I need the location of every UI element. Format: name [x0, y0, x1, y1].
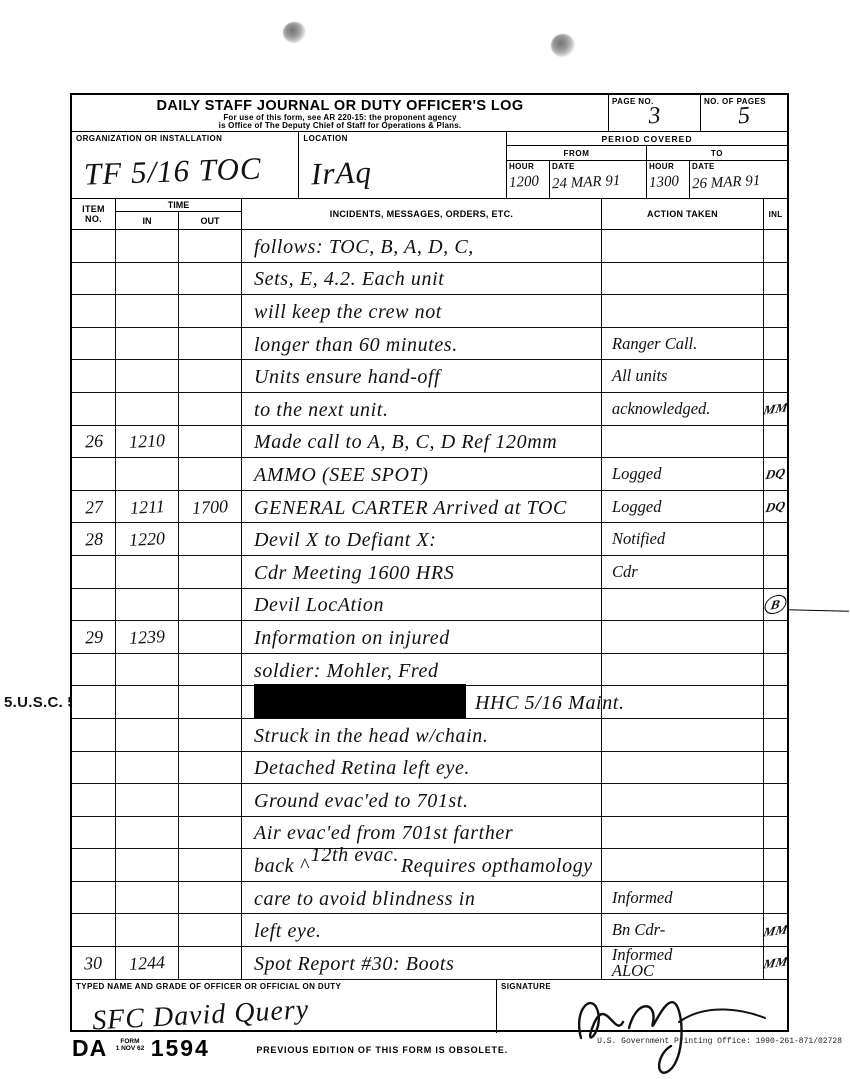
cell-time-out [179, 654, 242, 686]
handwritten-text: Cdr Meeting 1600 HRS [254, 563, 454, 583]
cell-action-taken: Bn Cdr- [602, 914, 764, 946]
period-values-row: HOUR 1200 DATE 24 MAR 91 HOUR 1300 DATE … [507, 161, 787, 198]
cell-item-no [72, 360, 116, 392]
handwritten-text: Requires opthamology [401, 856, 593, 876]
handwritten-text: 1700 [192, 497, 229, 517]
cell-time-in [116, 817, 179, 849]
no-of-pages-value: 5 [703, 101, 784, 131]
cell-initials [764, 654, 787, 686]
cell-time-in [116, 686, 179, 718]
cell-time-out [179, 263, 242, 295]
log-row: back ^12th evac. Requires opthamology [72, 849, 787, 882]
cell-initials [764, 360, 787, 392]
location-field: LOCATION IrAq [299, 132, 507, 198]
cell-initials [764, 784, 787, 816]
cell-initials: DQ [764, 491, 787, 523]
cell-action-taken: Informed [602, 882, 764, 914]
inserted-annotation: 12th evac. [311, 845, 399, 865]
cell-time-in [116, 719, 179, 751]
initials-mark: B [763, 593, 788, 615]
cell-time-in [116, 360, 179, 392]
cell-time-out [179, 719, 242, 751]
page-no-field: PAGE NO. 3 [609, 95, 701, 131]
cell-incident: Spot Report #30: Boots [242, 947, 602, 979]
cell-time-in [116, 295, 179, 327]
cell-time-out [179, 784, 242, 816]
handwritten-text: Detached Retina left eye. [254, 758, 470, 778]
cell-item-no: 28 [72, 523, 116, 555]
form-id-line: DA FORM 1 NOV 62 1594 PREVIOUS EDITION O… [72, 1035, 842, 1075]
log-table-body: follows: TOC, B, A, D, C,Sets, E, 4.2. E… [72, 230, 787, 980]
form-header: DAILY STAFF JOURNAL OR DUTY OFFICER'S LO… [72, 95, 787, 132]
form-word: FORM [120, 1038, 139, 1045]
cell-time-out [179, 523, 242, 555]
handwritten-text: 1210 [129, 431, 166, 451]
handwritten-text: Made call to A, B, C, D Ref 120mm [254, 432, 557, 452]
gpo-note: U.S. Government Printing Office: 1990-26… [597, 1037, 842, 1046]
cell-item-no: 27 [72, 491, 116, 523]
cell-time-in [116, 752, 179, 784]
cell-action-taken [602, 589, 764, 621]
cell-initials [764, 686, 787, 718]
log-row: Devil LocAtionB [72, 589, 787, 622]
period-covered-label: PERIOD COVERED [507, 132, 787, 146]
cell-time-out [179, 360, 242, 392]
cell-time-out [179, 589, 242, 621]
cell-item-no [72, 752, 116, 784]
cell-item-no [72, 458, 116, 490]
log-row: 2712111700GENERAL CARTER Arrived at TOCL… [72, 491, 787, 524]
to-hour-value: 1300 [649, 174, 688, 191]
cell-action-taken [602, 686, 764, 718]
handwritten-text: Ranger Call. [612, 336, 697, 352]
cell-item-no [72, 328, 116, 360]
form-footer: TYPED NAME AND GRADE OF OFFICER OR OFFIC… [72, 980, 787, 1033]
organization-field: ORGANIZATION OR INSTALLATION TF 5/16 TOC [72, 132, 299, 198]
time-header: TIME [116, 199, 241, 212]
cell-initials: B [764, 589, 787, 621]
cell-incident: HHC 5/16 Maint. [242, 686, 602, 718]
cell-incident: Ground evac'ed to 701st. [242, 784, 602, 816]
cell-action-taken [602, 752, 764, 784]
cell-action-taken [602, 654, 764, 686]
cell-action-taken [602, 849, 764, 881]
form-title: DAILY STAFF JOURNAL OR DUTY OFFICER'S LO… [72, 98, 608, 114]
cell-time-out [179, 849, 242, 881]
cell-incident: Struck in the head w/chain. [242, 719, 602, 751]
from-date-field: DATE 24 MAR 91 [550, 161, 647, 198]
cell-incident: Detached Retina left eye. [242, 752, 602, 784]
cell-action-taken: Cdr [602, 556, 764, 588]
cell-item-no [72, 784, 116, 816]
typed-name-value: SFC David Query [92, 987, 493, 1036]
cell-time-in [116, 328, 179, 360]
handwritten-text: Struck in the head w/chain. [254, 726, 489, 746]
cell-action-taken: Logged [602, 491, 764, 523]
cell-action-taken: All units [602, 360, 764, 392]
handwritten-text: soldier: Mohler, Fred [254, 661, 439, 681]
from-label: FROM [507, 146, 647, 160]
handwritten-text: HHC 5/16 Maint. [475, 693, 625, 713]
form-subtitle-line2: is Office of The Deputy Chief of Staff f… [72, 122, 608, 130]
handwritten-text: 27 [84, 497, 103, 516]
cell-initials: MM [764, 914, 787, 946]
form-title-block: DAILY STAFF JOURNAL OR DUTY OFFICER'S LO… [72, 95, 609, 131]
handwritten-text: Devil X to Defiant X: [254, 530, 437, 550]
cell-incident: Sets, E, 4.2. Each unit [242, 263, 602, 295]
cell-item-no [72, 230, 116, 262]
cell-item-no [72, 914, 116, 946]
handwritten-text: 1220 [129, 529, 166, 549]
cell-item-no [72, 654, 116, 686]
handwritten-text: 30 [84, 953, 103, 972]
cell-initials [764, 230, 787, 262]
cell-time-in [116, 654, 179, 686]
cell-incident: left eye. [242, 914, 602, 946]
log-row: will keep the crew not [72, 295, 787, 328]
cell-initials [764, 263, 787, 295]
handwritten-text: Air evac'ed from 701st farther [254, 823, 513, 843]
period-from-to-row: FROM TO [507, 146, 787, 161]
to-label: TO [647, 146, 787, 160]
initials-mark: MM [762, 955, 788, 971]
log-row: HHC 5/16 Maint. [72, 686, 787, 719]
cell-action-taken [602, 621, 764, 653]
cell-incident: longer than 60 minutes. [242, 328, 602, 360]
ink-stamp-icon [551, 34, 575, 57]
handwritten-text: back ^ [254, 856, 309, 876]
cell-action-taken [602, 784, 764, 816]
cell-incident: back ^12th evac. Requires opthamology [242, 849, 602, 881]
organization-label: ORGANIZATION OR INSTALLATION [76, 134, 294, 143]
cell-incident: will keep the crew not [242, 295, 602, 327]
cell-time-out [179, 556, 242, 588]
item-no-header: ITEM NO. [72, 199, 116, 229]
location-value: IrAq [311, 152, 503, 190]
handwritten-text: Cdr [612, 564, 638, 580]
cell-time-in [116, 882, 179, 914]
cell-incident: Air evac'ed from 701st farther [242, 817, 602, 849]
cell-incident: Made call to A, B, C, D Ref 120mm [242, 426, 602, 458]
log-row: 261210Made call to A, B, C, D Ref 120mm [72, 426, 787, 459]
cell-time-in: 1220 [116, 523, 179, 555]
cell-item-no: 30 [72, 947, 116, 979]
initials-mark: MM [762, 922, 788, 938]
cell-time-out: 1700 [179, 491, 242, 523]
cell-incident: AMMO (SEE SPOT) [242, 458, 602, 490]
handwritten-text: Bn Cdr- [612, 922, 665, 938]
cell-initials [764, 849, 787, 881]
action-taken-header: ACTION TAKEN [602, 199, 764, 229]
cell-time-out [179, 393, 242, 425]
cell-time-out [179, 752, 242, 784]
handwritten-text: 1239 [129, 627, 166, 647]
page-no-value: 3 [611, 101, 697, 131]
da-prefix: DA [72, 1035, 107, 1062]
cell-time-out [179, 882, 242, 914]
to-hour-field: HOUR 1300 [647, 161, 690, 198]
organization-value: TF 5/16 TOC [84, 151, 295, 189]
initials-mark: DQ [765, 499, 787, 514]
handwritten-text: GENERAL CARTER Arrived at TOC [254, 498, 567, 518]
cell-action-taken: Ranger Call. [602, 328, 764, 360]
cell-initials [764, 295, 787, 327]
cell-action-taken: acknowledged. [602, 393, 764, 425]
period-covered-block: PERIOD COVERED FROM TO HOUR 1200 DATE 24… [507, 132, 787, 198]
handwritten-text: AMMO (SEE SPOT) [254, 465, 429, 485]
to-date-field: DATE 26 MAR 91 [690, 161, 787, 198]
handwritten-text: Information on injured [254, 628, 450, 648]
handwritten-text: 1244 [129, 953, 166, 973]
initials-mark: MM [762, 401, 788, 417]
form-header-row2: ORGANIZATION OR INSTALLATION TF 5/16 TOC… [72, 132, 787, 199]
cell-item-no [72, 556, 116, 588]
cell-action-taken [602, 263, 764, 295]
log-row: care to avoid blindness inInformed [72, 882, 787, 915]
cell-time-out [179, 914, 242, 946]
cell-incident: follows: TOC, B, A, D, C, [242, 230, 602, 262]
item-header-line1: ITEM [82, 204, 105, 214]
cell-incident: Devil LocAtion [242, 589, 602, 621]
cell-item-no [72, 393, 116, 425]
cell-initials [764, 523, 787, 555]
scanned-document-page: 5.U.S.C. 552 (b)(6) DAILY STAFF JOURNAL … [0, 0, 850, 1079]
handwritten-text: Logged [612, 499, 662, 515]
cell-initials [764, 882, 787, 914]
cell-item-no [72, 719, 116, 751]
time-header-group: TIME IN OUT [116, 199, 242, 229]
cell-action-taken [602, 719, 764, 751]
handwritten-text: Informed ALOC [612, 947, 673, 978]
cell-action-taken [602, 230, 764, 262]
log-table-header: ITEM NO. TIME IN OUT INCIDENTS, MESSAGES… [72, 199, 787, 230]
cell-time-out [179, 295, 242, 327]
da-form-1594: DAILY STAFF JOURNAL OR DUTY OFFICER'S LO… [70, 93, 789, 1032]
cell-action-taken [602, 426, 764, 458]
handwritten-text: All units [612, 368, 667, 384]
form-number: 1594 [151, 1035, 210, 1062]
from-hour-field: HOUR 1200 [507, 161, 550, 198]
cell-item-no [72, 686, 116, 718]
log-row: follows: TOC, B, A, D, C, [72, 230, 787, 263]
handwritten-text: longer than 60 minutes. [254, 335, 458, 355]
log-row: Ground evac'ed to 701st. [72, 784, 787, 817]
log-row: Cdr Meeting 1600 HRSCdr [72, 556, 787, 589]
cell-time-out [179, 621, 242, 653]
time-out-header: OUT [179, 212, 241, 229]
cell-action-taken: Logged [602, 458, 764, 490]
cell-time-in [116, 849, 179, 881]
log-row: 291239Information on injured [72, 621, 787, 654]
date-label: DATE [692, 162, 785, 171]
log-row: Units ensure hand-offAll units [72, 360, 787, 393]
pen-stroke-line [787, 609, 849, 612]
log-row: AMMO (SEE SPOT)LoggedDQ [72, 458, 787, 491]
cell-incident: GENERAL CARTER Arrived at TOC [242, 491, 602, 523]
cell-time-out [179, 458, 242, 490]
redaction-box [254, 684, 466, 718]
cell-time-out [179, 328, 242, 360]
cell-action-taken [602, 817, 764, 849]
cell-item-no [72, 263, 116, 295]
cell-incident: Information on injured [242, 621, 602, 653]
typed-name-field: TYPED NAME AND GRADE OF OFFICER OR OFFIC… [72, 980, 497, 1033]
cell-incident: Devil X to Defiant X: [242, 523, 602, 555]
cell-initials [764, 817, 787, 849]
log-row: to the next unit.acknowledged.MM [72, 393, 787, 426]
log-row: Struck in the head w/chain. [72, 719, 787, 752]
cell-incident: soldier: Mohler, Fred [242, 654, 602, 686]
handwritten-text: 29 [84, 627, 103, 646]
cell-initials [764, 426, 787, 458]
handwritten-text: Logged [612, 466, 662, 482]
log-row: left eye.Bn Cdr-MM [72, 914, 787, 947]
cell-initials [764, 621, 787, 653]
hour-label: HOUR [509, 162, 547, 171]
initials-mark: DQ [765, 466, 787, 481]
location-label: LOCATION [303, 134, 502, 143]
cell-item-no [72, 849, 116, 881]
cell-time-in [116, 914, 179, 946]
cell-time-in: 1239 [116, 621, 179, 653]
handwritten-text: Units ensure hand-off [254, 367, 440, 387]
cell-initials [764, 719, 787, 751]
date-label: DATE [552, 162, 644, 171]
log-row: 301244Spot Report #30: BootsInformed ALO… [72, 947, 787, 980]
cell-time-out [179, 230, 242, 262]
cell-initials: MM [764, 393, 787, 425]
log-row: longer than 60 minutes.Ranger Call. [72, 328, 787, 361]
signature-field: SIGNATURE [497, 980, 787, 1033]
cell-time-out [179, 426, 242, 458]
to-date-value: 26 MAR 91 [692, 173, 786, 193]
cell-time-in [116, 393, 179, 425]
incidents-header: INCIDENTS, MESSAGES, ORDERS, ETC. [242, 199, 602, 229]
handwritten-text: Spot Report #30: Boots [254, 954, 454, 974]
cell-initials: DQ [764, 458, 787, 490]
handwritten-text: will keep the crew not [254, 302, 442, 322]
handwritten-text: Informed [612, 890, 673, 906]
cell-time-in: 1211 [116, 491, 179, 523]
log-row: soldier: Mohler, Fred [72, 654, 787, 687]
handwritten-text: left eye. [254, 921, 322, 941]
log-row: Air evac'ed from 701st farther [72, 817, 787, 850]
handwritten-text: 26 [84, 432, 103, 451]
handwritten-text: to the next unit. [254, 400, 389, 420]
cell-time-in [116, 458, 179, 490]
handwritten-text: Ground evac'ed to 701st. [254, 791, 469, 811]
handwritten-text: care to avoid blindness in [254, 889, 476, 909]
cell-item-no: 29 [72, 621, 116, 653]
handwritten-text: Sets, E, 4.2. Each unit [254, 269, 444, 289]
log-row: Detached Retina left eye. [72, 752, 787, 785]
log-row: Sets, E, 4.2. Each unit [72, 263, 787, 296]
cell-initials [764, 556, 787, 588]
handwritten-text: Devil LocAtion [254, 595, 384, 615]
cell-item-no [72, 882, 116, 914]
cell-initials: MM [764, 947, 787, 979]
cell-time-in [116, 784, 179, 816]
from-date-value: 24 MAR 91 [552, 173, 645, 193]
cell-time-out [179, 817, 242, 849]
cell-time-in: 1210 [116, 426, 179, 458]
cell-time-out [179, 686, 242, 718]
cell-incident: Units ensure hand-off [242, 360, 602, 392]
from-hour-value: 1200 [509, 174, 548, 191]
handwritten-text: acknowledged. [612, 401, 711, 417]
cell-incident: Cdr Meeting 1600 HRS [242, 556, 602, 588]
handwritten-text: 28 [84, 530, 103, 549]
time-in-header: IN [116, 212, 179, 229]
cell-initials [764, 752, 787, 784]
cell-time-in [116, 556, 179, 588]
cell-item-no [72, 817, 116, 849]
cell-time-in: 1244 [116, 947, 179, 979]
hour-label: HOUR [649, 162, 687, 171]
cell-item-no [72, 589, 116, 621]
ink-stamp-icon [283, 22, 306, 43]
form-edition: 1 NOV 62 [116, 1045, 145, 1052]
item-header-line2: NO. [85, 214, 102, 224]
cell-initials [764, 328, 787, 360]
handwritten-text: follows: TOC, B, A, D, C, [254, 237, 474, 257]
handwritten-text: Notified [612, 531, 665, 547]
cell-time-in [116, 589, 179, 621]
cell-item-no: 26 [72, 426, 116, 458]
cell-incident: care to avoid blindness in [242, 882, 602, 914]
log-row: 281220Devil X to Defiant X:Notified [72, 523, 787, 556]
initials-header: INL [764, 199, 787, 229]
obsolete-note: PREVIOUS EDITION OF THIS FORM IS OBSOLET… [256, 1045, 508, 1055]
no-of-pages-field: NO. OF PAGES 5 [701, 95, 787, 131]
cell-action-taken: Informed ALOC [602, 947, 764, 979]
cell-item-no [72, 295, 116, 327]
cell-time-out [179, 947, 242, 979]
cell-action-taken: Notified [602, 523, 764, 555]
cell-action-taken [602, 295, 764, 327]
handwritten-text: 1211 [129, 497, 165, 517]
cell-incident: to the next unit. [242, 393, 602, 425]
cell-time-in [116, 263, 179, 295]
form-edition-block: FORM 1 NOV 62 [116, 1038, 145, 1052]
cell-time-in [116, 230, 179, 262]
